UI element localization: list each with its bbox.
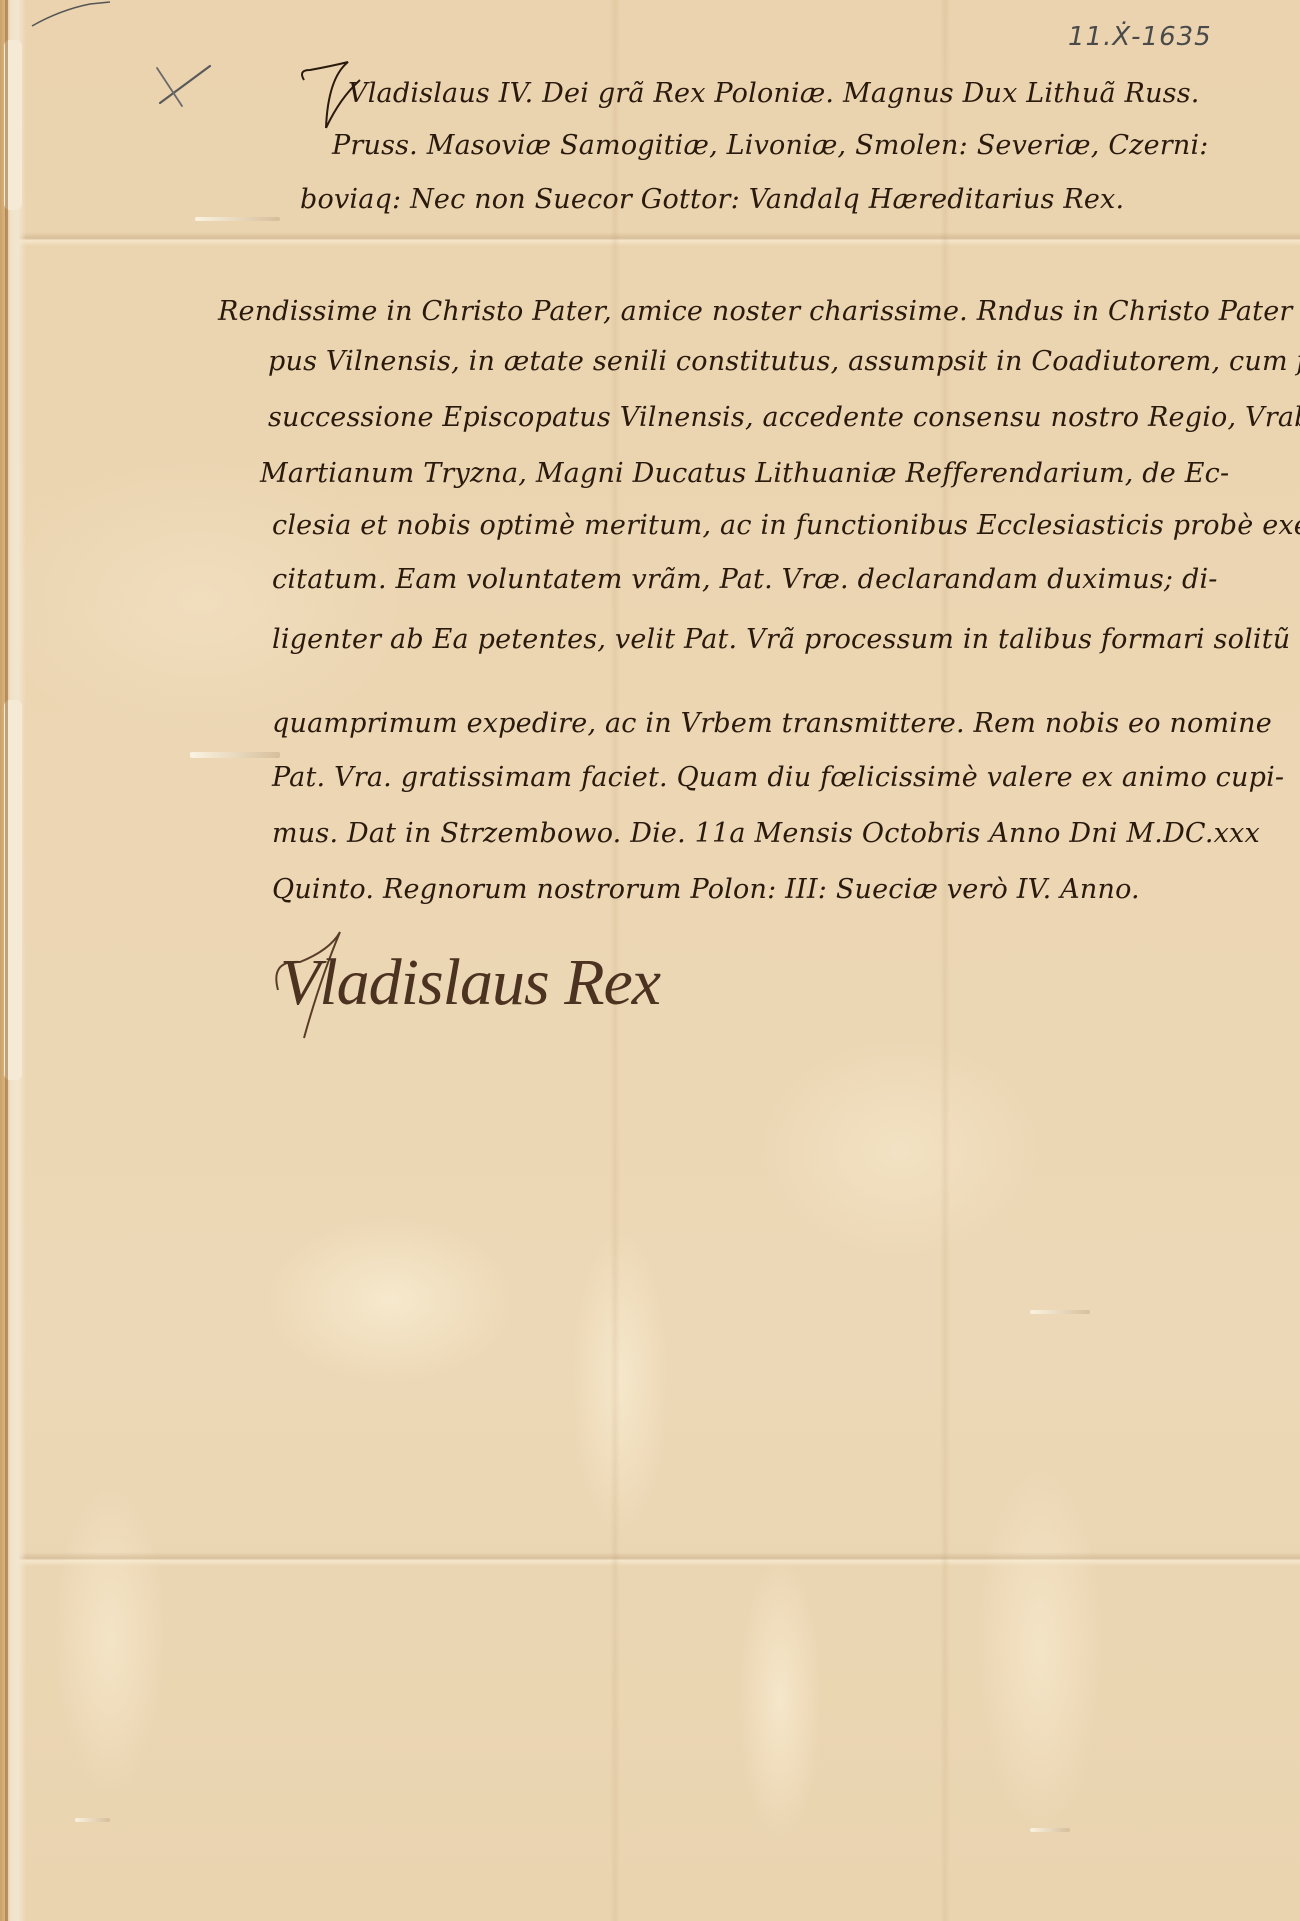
paper-blemish <box>190 752 280 758</box>
fold-crease <box>940 0 950 1921</box>
fold-crease <box>0 232 1300 246</box>
pencil-x-mark-icon <box>152 58 212 108</box>
heading-line: Pruss. Masoviæ Samogitiæ, Livoniæ, Smole… <box>332 130 1209 161</box>
body-line: pus Vilnensis, in ætate senili constitut… <box>268 346 1300 377</box>
body-line: successione Episcopatus Vilnensis, acced… <box>268 402 1300 433</box>
torn-left-edge <box>0 0 26 1921</box>
paper-blemish <box>75 1818 110 1822</box>
archive-date-annotation: 11.Ẋ-1635 <box>1068 22 1212 52</box>
paper-blemish <box>1030 1828 1070 1832</box>
royal-signature: Vladislaus Rex <box>280 945 660 1021</box>
body-line: quamprimum expedire, ac in Vrbem transmi… <box>272 708 1272 739</box>
binding-margin <box>5 0 8 1921</box>
body-line: citatum. Eam voluntatem vrãm, Pat. Vræ. … <box>272 564 1218 595</box>
body-line: mus. Dat in Strzembowo. Die. 11a Mensis … <box>272 818 1260 849</box>
fold-crease <box>0 1552 1300 1566</box>
body-line: Pat. Vra. gratissimam faciet. Quam diu f… <box>272 762 1284 793</box>
body-line: Quinto. Regnorum nostrorum Polon: III: S… <box>272 874 1140 905</box>
pencil-stroke-icon <box>30 0 110 30</box>
body-line: clesia et nobis optimè meritum, ac in fu… <box>272 510 1300 541</box>
paper-blemish <box>1030 1310 1090 1314</box>
body-line: ligenter ab Ea petentes, velit Pat. Vrã … <box>272 624 1290 655</box>
heading-line: boviaq: Nec non Suecor Gottor: Vandalq H… <box>300 184 1124 215</box>
paper-blemish <box>195 217 280 221</box>
body-line: Martianum Tryzna, Magni Ducatus Lithuani… <box>260 458 1229 489</box>
body-line: Rendissime in Christo Pater, amice noste… <box>218 296 1300 327</box>
heading-line: Vladislaus IV. Dei grã Rex Poloniæ. Magn… <box>348 78 1200 109</box>
